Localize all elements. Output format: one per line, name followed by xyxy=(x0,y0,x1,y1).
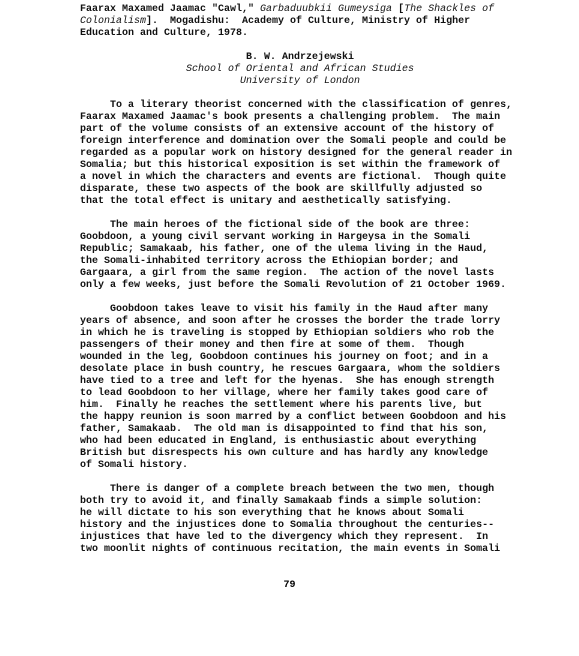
text-line: both try to avoid it, and finally Samaka… xyxy=(80,496,520,508)
reviewer-block: B. W. Andrzejewski School of Oriental an… xyxy=(80,52,520,88)
text-line: to lead Goobdoon to her village, where h… xyxy=(80,388,520,400)
text-line: who had been educated in England, is ent… xyxy=(80,436,520,448)
text-line: only a few weeks, just before the Somali… xyxy=(80,280,520,292)
text-line: foreign interference and domination over… xyxy=(80,136,520,148)
text-line: Somalia; but this historical exposition … xyxy=(80,160,520,172)
citation: Faarax Maxamed Jaamac "Cawl," Garbaduubk… xyxy=(80,4,520,40)
document-page: Faarax Maxamed Jaamac "Cawl," Garbaduubk… xyxy=(80,4,520,556)
reviewer-university: University of London xyxy=(80,76,520,88)
text-line: history and the injustices done to Somal… xyxy=(80,520,520,532)
text-line: years of absence, and soon after he cros… xyxy=(80,316,520,328)
text-line: Goobdoon, a young civil servant working … xyxy=(80,232,520,244)
text-line: the Somali-inhabited territory across th… xyxy=(80,256,520,268)
citation-translation: The Shackles of xyxy=(404,4,494,15)
text-line: of Somali history. xyxy=(80,460,520,472)
citation-line-1: Faarax Maxamed Jaamac "Cawl," Garbaduubk… xyxy=(80,4,520,16)
text-line: Faarax Maxamed Jaamac's book presents a … xyxy=(80,112,520,124)
text-line: Goobdoon takes leave to visit his family… xyxy=(80,304,520,316)
text-line: two moonlit nights of continuous recitat… xyxy=(80,544,520,556)
text-line: Gargaara, a girl from the same region. T… xyxy=(80,268,520,280)
text-line: British but disrespects his own culture … xyxy=(80,448,520,460)
text-line: part of the volume consists of an extens… xyxy=(80,124,520,136)
text-line: he will dictate to his son everything th… xyxy=(80,508,520,520)
text-line: disparate, these two aspects of the book… xyxy=(80,184,520,196)
text-line: him. Finally he reaches the settlement w… xyxy=(80,400,520,412)
paragraph: The main heroes of the fictional side of… xyxy=(80,220,520,292)
reviewer-name: B. W. Andrzejewski xyxy=(80,52,520,64)
citation-translation-end: Colonialism xyxy=(80,16,146,27)
text-line: To a literary theorist concerned with th… xyxy=(80,100,520,112)
body-text: To a literary theorist concerned with th… xyxy=(80,100,520,556)
paragraph: To a literary theorist concerned with th… xyxy=(80,100,520,208)
citation-line-2: Colonialism]. Mogadishu: Academy of Cult… xyxy=(80,16,520,28)
citation-author: Faarax Maxamed Jaamac "Cawl," xyxy=(80,4,260,15)
citation-line-3: Education and Culture, 1978. xyxy=(80,28,520,40)
paragraph: Goobdoon takes leave to visit his family… xyxy=(80,304,520,472)
text-line: passengers of their money and then fire … xyxy=(80,340,520,352)
text-line: There is danger of a complete breach bet… xyxy=(80,484,520,496)
text-line: desolate place in bush country, he rescu… xyxy=(80,364,520,376)
text-line: in which he is traveling is stopped by E… xyxy=(80,328,520,340)
citation-bracket: [ xyxy=(392,4,404,15)
paragraph: There is danger of a complete breach bet… xyxy=(80,484,520,556)
page-number: 79 xyxy=(0,580,579,591)
text-line: that the total effect is unitary and aes… xyxy=(80,196,520,208)
text-line: regarded as a popular work on history de… xyxy=(80,148,520,160)
text-line: The main heroes of the fictional side of… xyxy=(80,220,520,232)
citation-title: Garbaduubkii Gumeysiga xyxy=(260,4,392,15)
text-line: injustices that have led to the divergen… xyxy=(80,532,520,544)
text-line: Republic; Samakaab, his father, one of t… xyxy=(80,244,520,256)
text-line: wounded in the leg, Goobdoon continues h… xyxy=(80,352,520,364)
text-line: the happy reunion is soon marred by a co… xyxy=(80,412,520,424)
reviewer-institution: School of Oriental and African Studies xyxy=(80,64,520,76)
text-line: have tied to a tree and left for the hye… xyxy=(80,376,520,388)
text-line: a novel in which the characters and even… xyxy=(80,172,520,184)
text-line: father, Samakaab. The old man is disappo… xyxy=(80,424,520,436)
citation-publisher: ]. Mogadishu: Academy of Culture, Minist… xyxy=(146,16,470,27)
